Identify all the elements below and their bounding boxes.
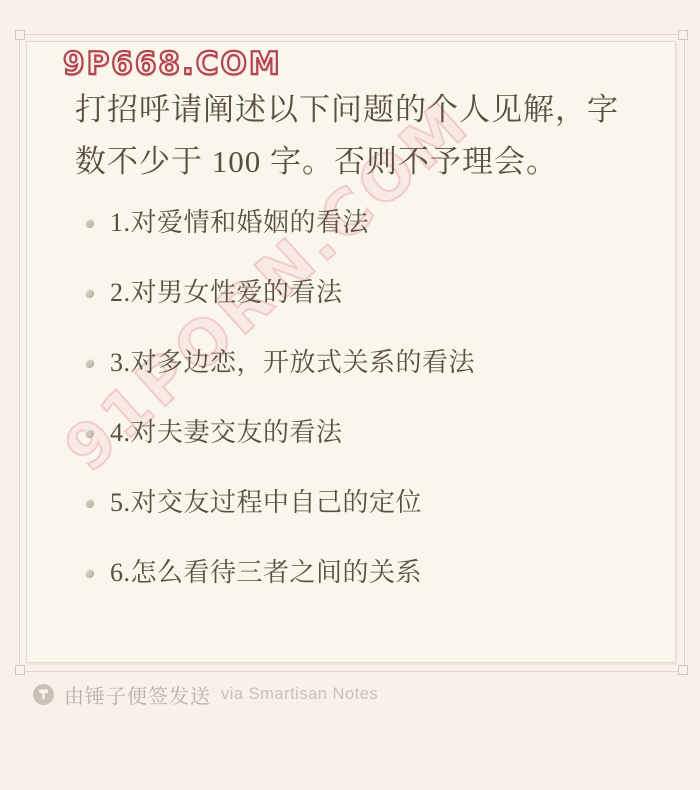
smartisan-hammer-icon [33,684,54,705]
list-item: 1.对爱情和婚姻的看法 [85,210,475,236]
site-watermark: 9P668.COM [63,46,282,82]
bullet-icon [85,219,94,228]
bullet-icon [85,569,94,578]
note-heading: 打招呼请阐述以下问题的个人见解，字数不少于 100 字。否则不予理会。 [75,84,641,188]
list-item-text: 3.对多边恋，开放式关系的看法 [110,348,475,377]
footer-sent-label: 由锤子便签发送 [64,680,211,709]
frame-corner-top-right [678,30,688,40]
footer-via-label: via Smartisan Notes [221,685,378,704]
frame-corner-top-left [15,30,25,40]
list-item-text: 5.对交友过程中自己的定位 [110,488,422,517]
list-item-text: 6.怎么看待三者之间的关系 [110,558,422,587]
list-item: 5.对交友过程中自己的定位 [85,490,475,516]
list-item: 6.怎么看待三者之间的关系 [85,560,475,586]
list-item: 2.对男女性爱的看法 [85,280,475,306]
frame-corner-bottom-left [15,665,25,675]
list-item: 4.对夫妻交友的看法 [85,420,475,446]
list-item: 3.对多边恋，开放式关系的看法 [85,350,475,376]
bullet-icon [85,499,94,508]
note-share-image: { "card": { "site_watermark": "9P668.COM… [0,0,700,790]
bullet-icon [85,429,94,438]
list-item-text: 2.对男女性爱的看法 [110,278,343,307]
bullet-icon [85,289,94,298]
frame-corner-bottom-right [678,665,688,675]
note-card: 91PORN.COM 9P668.COM 打招呼请阐述以下问题的个人见解，字数不… [26,41,676,663]
list-item-text: 1.对爱情和婚姻的看法 [110,208,369,237]
list-item-text: 4.对夫妻交友的看法 [110,418,343,447]
footer: 由锤子便签发送 via Smartisan Notes [33,680,378,709]
note-list: 1.对爱情和婚姻的看法 2.对男女性爱的看法 3.对多边恋，开放式关系的看法 4… [85,210,475,630]
bullet-icon [85,359,94,368]
